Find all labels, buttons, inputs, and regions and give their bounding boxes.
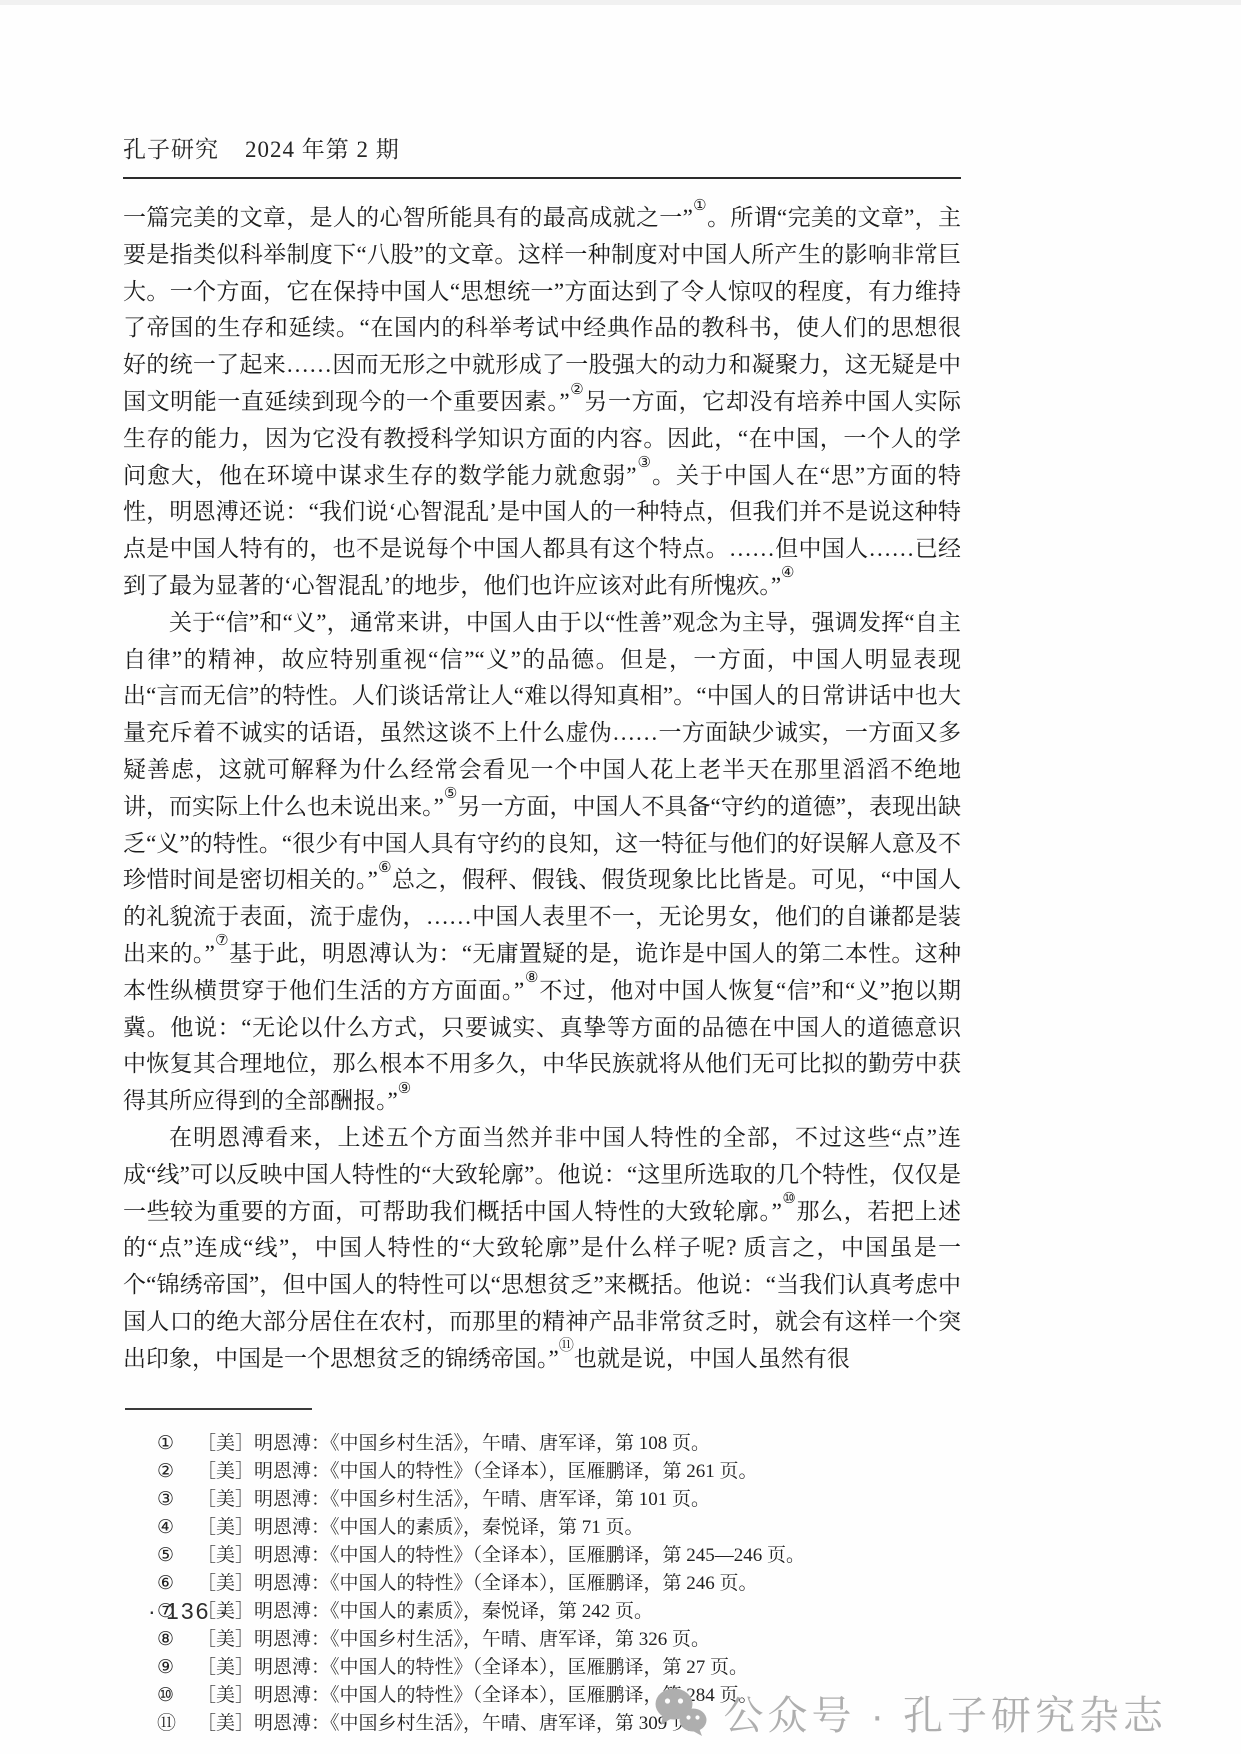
footnote-number: ⑧ bbox=[157, 1626, 197, 1654]
footnote-item: ⑨ ［美］明恩溥：《中国人的特性》（全译本），匡雁鹏译，第 27 页。 bbox=[123, 1654, 961, 1682]
footnote-item: ③ ［美］明恩溥：《中国乡村生活》，午晴、唐军译，第 101 页。 bbox=[123, 1486, 961, 1514]
body-paragraph: 在明恩溥看来，上述五个方面当然并非中国人特性的全部，不过这些“点”连成“线”可以… bbox=[123, 1120, 961, 1378]
footnote-number: ⑨ bbox=[157, 1654, 197, 1682]
footnote-text: ［美］明恩溥：《中国人的特性》（全译本），匡雁鹏译，第 245—246 页。 bbox=[197, 1542, 961, 1570]
footnote-item: ⑤ ［美］明恩溥：《中国人的特性》（全译本），匡雁鹏译，第 245—246 页。 bbox=[123, 1542, 961, 1570]
page-content: 孔子研究 2024 年第 2 期 一篇完美的文章，是人的心智所能具有的最高成就之… bbox=[123, 0, 961, 1738]
footnote-text: ［美］明恩溥：《中国乡村生活》，午晴、唐军译，第 101 页。 bbox=[197, 1486, 961, 1514]
footnote-text: ［美］明恩溥：《中国人的特性》（全译本），匡雁鹏译，第 27 页。 bbox=[197, 1654, 961, 1682]
running-header: 孔子研究 2024 年第 2 期 bbox=[123, 131, 961, 179]
footnote-number: ⑪ bbox=[157, 1710, 197, 1738]
footnote-text: ［美］明恩溥：《中国人的素质》，秦悦译，第 242 页。 bbox=[197, 1598, 961, 1626]
watermark: 公众号 · 孔子研究杂志 bbox=[653, 1684, 1167, 1741]
footnote-number: ⑩ bbox=[157, 1682, 197, 1710]
footnote-separator bbox=[125, 1408, 312, 1410]
issue-label: 2024 年第 2 期 bbox=[245, 131, 400, 164]
footnote-item: ① ［美］明恩溥：《中国乡村生活》，午晴、唐军译，第 108 页。 bbox=[123, 1430, 961, 1458]
footnote-number: ⑤ bbox=[157, 1542, 197, 1570]
footnote-number: ① bbox=[157, 1430, 197, 1458]
footnote-number: ⑥ bbox=[157, 1570, 197, 1598]
footnote-text: ［美］明恩溥：《中国乡村生活》，午晴、唐军译，第 108 页。 bbox=[197, 1430, 961, 1458]
footnote-text: ［美］明恩溥：《中国人的素质》，秦悦译，第 71 页。 bbox=[197, 1514, 961, 1542]
body-paragraph: 关于“信”和“义”，通常来讲，中国人由于以“性善”观念为主导，强调发挥“自主自律… bbox=[123, 605, 961, 1120]
article-body: 一篇完美的文章，是人的心智所能具有的最高成就之一”①。所谓“完美的文章”，主要是… bbox=[123, 200, 961, 1378]
footnote-item: ② ［美］明恩溥：《中国人的特性》（全译本），匡雁鹏译，第 261 页。 bbox=[123, 1458, 961, 1486]
footnote-item: ⑦ ［美］明恩溥：《中国人的素质》，秦悦译，第 242 页。 bbox=[123, 1598, 961, 1626]
footnote-text: ［美］明恩溥：《中国人的特性》（全译本），匡雁鹏译，第 246 页。 bbox=[197, 1570, 961, 1598]
footnote-item: ⑥ ［美］明恩溥：《中国人的特性》（全译本），匡雁鹏译，第 246 页。 bbox=[123, 1570, 961, 1598]
journal-title: 孔子研究 bbox=[123, 131, 219, 164]
body-paragraph: 一篇完美的文章，是人的心智所能具有的最高成就之一”①。所谓“完美的文章”，主要是… bbox=[123, 200, 961, 605]
footnote-text: ［美］明恩溥：《中国人的特性》（全译本），匡雁鹏译，第 261 页。 bbox=[197, 1458, 961, 1486]
footnote-item: ⑧ ［美］明恩溥：《中国乡村生活》，午晴、唐军译，第 326 页。 bbox=[123, 1626, 961, 1654]
journal-scan-page: 孔子研究 2024 年第 2 期 一篇完美的文章，是人的心智所能具有的最高成就之… bbox=[0, 0, 1241, 1754]
watermark-text: 公众号 · 孔子研究杂志 bbox=[723, 1684, 1167, 1741]
footnote-text: ［美］明恩溥：《中国乡村生活》，午晴、唐军译，第 326 页。 bbox=[197, 1626, 961, 1654]
wechat-logo-icon bbox=[653, 1687, 709, 1739]
footnote-number: ③ bbox=[157, 1486, 197, 1514]
page-number: · 136 · bbox=[148, 1598, 228, 1625]
footnote-number: ② bbox=[157, 1458, 197, 1486]
footnote-number: ④ bbox=[157, 1514, 197, 1542]
footnote-item: ④ ［美］明恩溥：《中国人的素质》，秦悦译，第 71 页。 bbox=[123, 1514, 961, 1542]
